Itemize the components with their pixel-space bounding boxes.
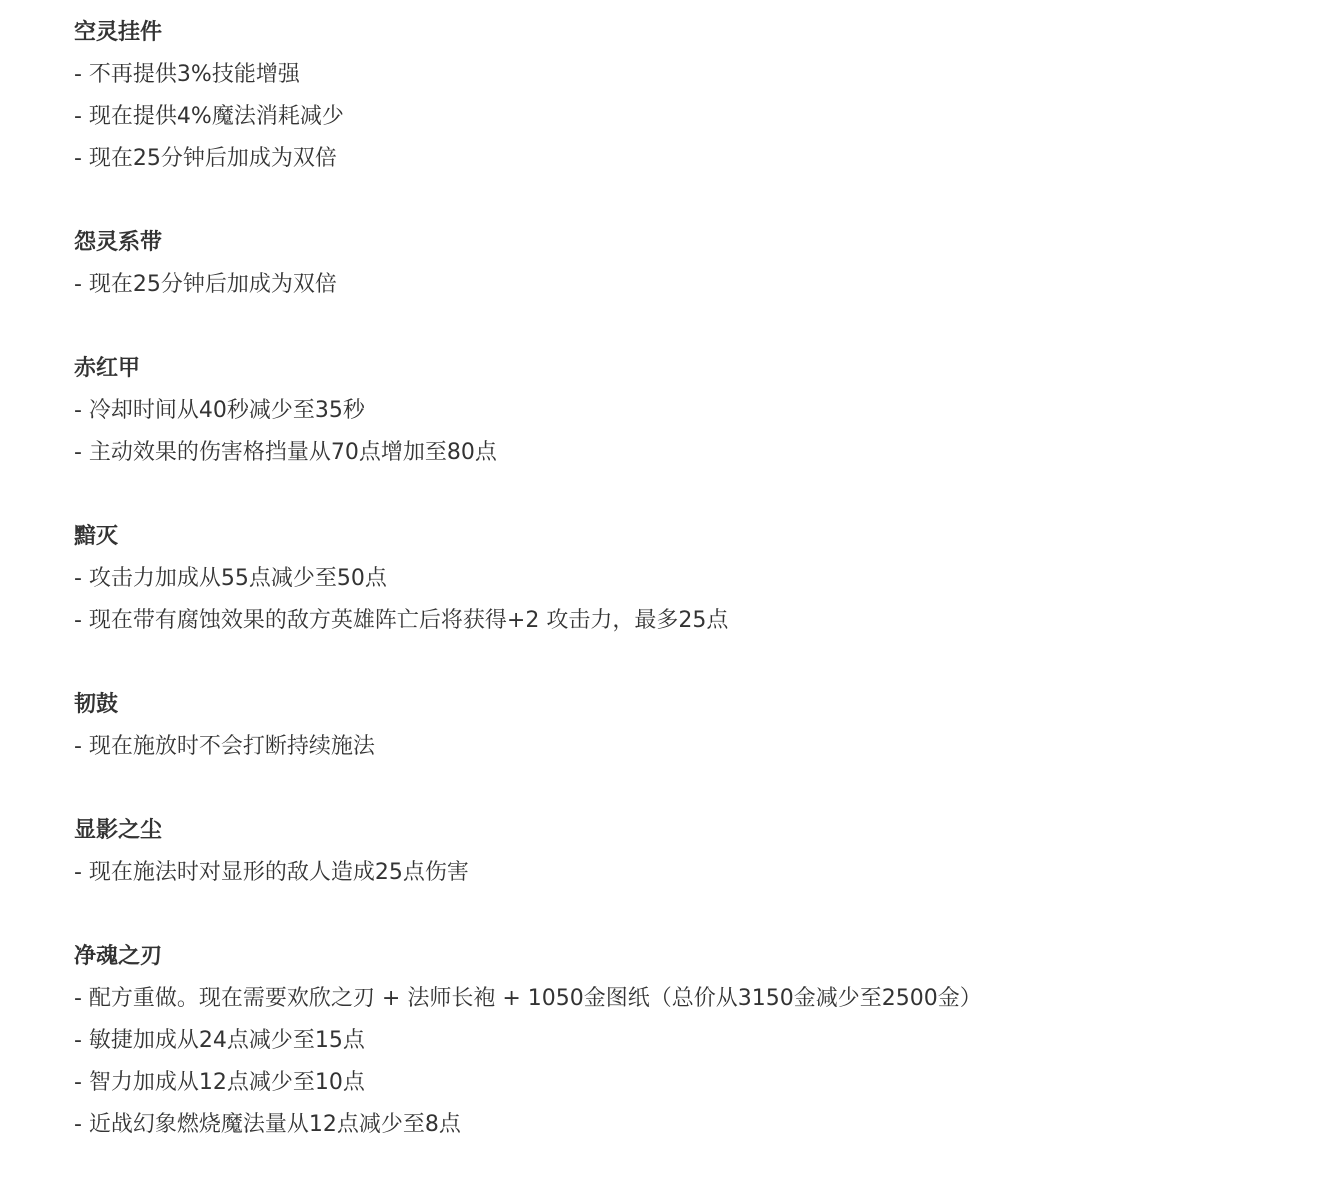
change-line: - 主动效果的伤害格挡量从70点增加至80点 bbox=[74, 432, 1274, 474]
item-section-drum-of-endurance: 韧鼓 - 现在施放时不会打断持续施法 bbox=[74, 684, 1274, 768]
item-title: 韧鼓 bbox=[74, 684, 1274, 726]
change-line: - 冷却时间从40秒减少至35秒 bbox=[74, 390, 1274, 432]
item-title: 显影之尘 bbox=[74, 810, 1274, 852]
change-line: - 近战幻象燃烧魔法量从12点减少至8点 bbox=[74, 1104, 1274, 1146]
item-section-diffusal-blade: 净魂之刃 - 配方重做。现在需要欢欣之刃 + 法师长袍 + 1050金图纸（总价… bbox=[74, 936, 1274, 1146]
change-line: - 敏捷加成从24点减少至15点 bbox=[74, 1020, 1274, 1062]
change-line: - 智力加成从12点减少至10点 bbox=[74, 1062, 1274, 1104]
item-title: 空灵挂件 bbox=[74, 12, 1274, 54]
change-line: - 攻击力加成从55点减少至50点 bbox=[74, 558, 1274, 600]
change-line: - 配方重做。现在需要欢欣之刃 + 法师长袍 + 1050金图纸（总价从3150… bbox=[74, 978, 1274, 1020]
change-line: - 现在带有腐蚀效果的敌方英雄阵亡后将获得+2 攻击力，最多25点 bbox=[74, 600, 1274, 642]
change-line: - 现在施放时不会打断持续施法 bbox=[74, 726, 1274, 768]
item-title: 净魂之刃 bbox=[74, 936, 1274, 978]
item-title: 赤红甲 bbox=[74, 348, 1274, 390]
item-section-crimson-guard: 赤红甲 - 冷却时间从40秒减少至35秒 - 主动效果的伤害格挡量从70点增加至… bbox=[74, 348, 1274, 474]
item-section-dust-of-appearance: 显影之尘 - 现在施法时对显形的敌人造成25点伤害 bbox=[74, 810, 1274, 894]
item-section-desolator: 黯灭 - 攻击力加成从55点减少至50点 - 现在带有腐蚀效果的敌方英雄阵亡后将… bbox=[74, 516, 1274, 642]
change-line: - 现在25分钟后加成为双倍 bbox=[74, 138, 1274, 180]
item-section-aether-pendant: 空灵挂件 - 不再提供3%技能增强 - 现在提供4%魔法消耗减少 - 现在25分… bbox=[74, 12, 1274, 180]
change-line: - 现在25分钟后加成为双倍 bbox=[74, 264, 1274, 306]
item-title: 黯灭 bbox=[74, 516, 1274, 558]
change-line: - 现在施法时对显形的敌人造成25点伤害 bbox=[74, 852, 1274, 894]
change-line: - 现在提供4%魔法消耗减少 bbox=[74, 96, 1274, 138]
item-title: 怨灵系带 bbox=[74, 222, 1274, 264]
item-section-wraith-band: 怨灵系带 - 现在25分钟后加成为双倍 bbox=[74, 222, 1274, 306]
patch-notes-content: 空灵挂件 - 不再提供3%技能增强 - 现在提供4%魔法消耗减少 - 现在25分… bbox=[74, 12, 1274, 1182]
change-line: - 不再提供3%技能增强 bbox=[74, 54, 1274, 96]
